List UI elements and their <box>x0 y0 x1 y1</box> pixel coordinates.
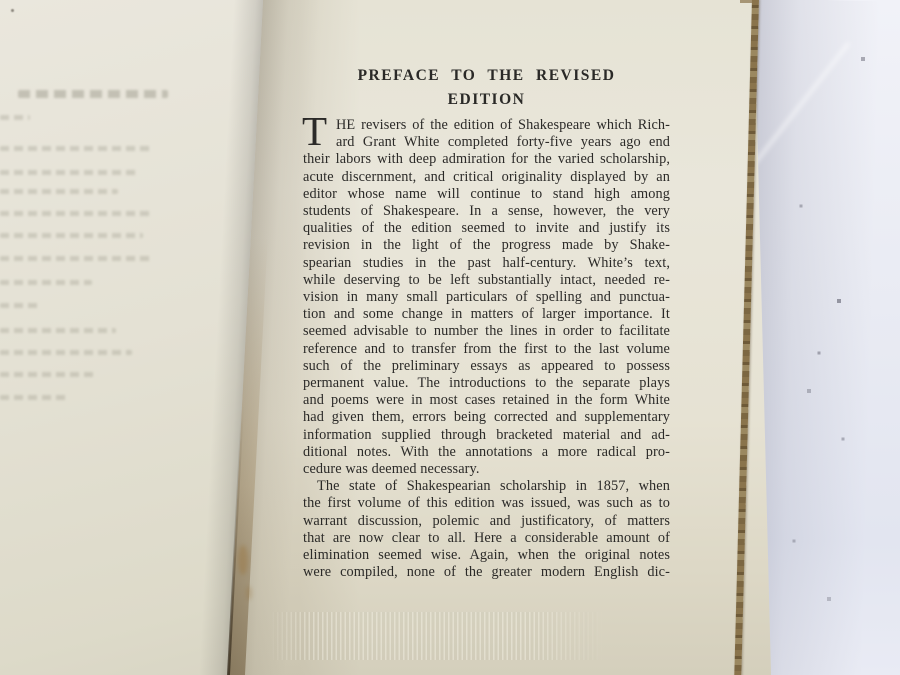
text-line: their labors with deep admiration for th… <box>303 151 670 168</box>
text-line: acute discernment, and critical original… <box>303 169 670 186</box>
text-line: revision in the light of the progress ma… <box>303 237 670 254</box>
text-line: reference and to transfer from the first… <box>303 341 670 358</box>
text-line: ard Grant White completed forty-five yea… <box>336 134 670 151</box>
text-line: permanent value. The introductions to th… <box>303 375 670 392</box>
ghost-text-line <box>0 211 150 216</box>
foxing-spot <box>246 586 252 600</box>
ghost-text-line <box>0 280 92 285</box>
page-title: PREFACE TO THE REVISED EDITION <box>303 64 670 112</box>
ghost-text-line <box>0 395 70 400</box>
text-line: editor whose name will continue to stand… <box>303 186 670 203</box>
text-line: the first volume of this edition was iss… <box>303 495 670 512</box>
ghost-text-line <box>0 303 42 308</box>
ghost-text-line <box>18 90 168 98</box>
book-photo: PREFACE TO THE REVISED EDITION T HE revi… <box>0 0 900 675</box>
text-line: information supplied through bracketed m… <box>303 427 670 444</box>
deckle-top-edge <box>740 0 756 3</box>
text-line: and poems were in most cases retained in… <box>303 392 670 409</box>
chapter-title-line-1: PREFACE TO THE REVISED <box>303 64 670 88</box>
page-edge-ribbing <box>268 612 604 660</box>
chapter-title-line-2: EDITION <box>303 88 670 112</box>
text-line: tion and some change in matters of large… <box>303 306 670 323</box>
text-line: ditional notes. With the annotations a m… <box>303 444 670 461</box>
ghost-text-line <box>0 146 152 151</box>
text-line: seemed advisable to number the lines in … <box>303 323 670 340</box>
text-line: such of the preliminary essays as appear… <box>303 358 670 375</box>
text-line: HE revisers of the edition of Shakespear… <box>336 117 670 134</box>
ghost-text-line <box>0 256 152 261</box>
text-line: elimination seemed wise. Again, when the… <box>303 547 670 564</box>
ghost-text-line <box>0 115 30 120</box>
foxing-spot <box>238 545 248 575</box>
ghost-text-line <box>0 233 143 238</box>
text-line: qualities of the edition seemed to invit… <box>303 220 670 237</box>
ghost-text-line <box>0 189 118 194</box>
ghost-text-line <box>0 350 132 355</box>
text-line: The state of Shakespearian scholarship i… <box>317 478 670 495</box>
text-line: had given them, errors being corrected a… <box>303 409 670 426</box>
text-line: were compiled, none of the greater moder… <box>303 564 670 581</box>
text-line: warrant discussion, polemic and justific… <box>303 513 670 530</box>
text-line: vision in many small particulars of spel… <box>303 289 670 306</box>
ghost-text-line <box>0 328 116 333</box>
body-text: T HE revisers of the edition of Shakespe… <box>303 117 670 581</box>
text-line: cedure was deemed necessary. <box>303 461 670 478</box>
text-line: while deserving to be left substantially… <box>303 272 670 289</box>
ghost-text-line <box>0 170 140 175</box>
text-line: students of Shakespeare. In a sense, how… <box>303 203 670 220</box>
ghost-text-line <box>0 372 96 377</box>
text-line: that are now clear to all. Here a consid… <box>303 530 670 547</box>
paper-speck <box>11 9 14 12</box>
text-line: spearian studies in the past half-centur… <box>303 255 670 272</box>
